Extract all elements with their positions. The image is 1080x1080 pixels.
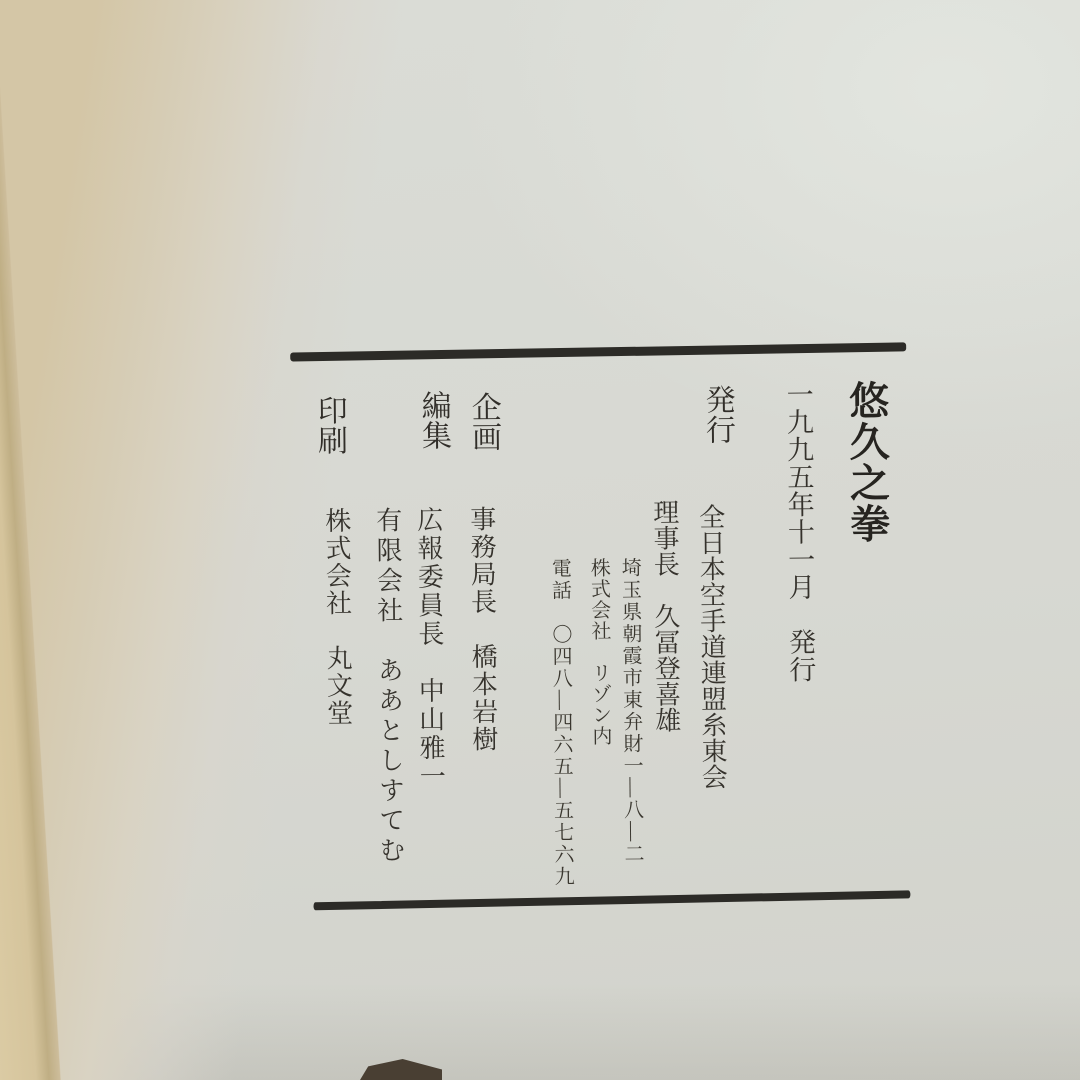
editing-person: 広報委員長 中山雅一 [415, 506, 444, 791]
editing-company: 有限会社 ああとしすてむ [374, 506, 403, 866]
planning-label: 企画 [468, 391, 499, 451]
publisher-label: 発行 [702, 384, 733, 444]
colophon-block: 悠久之拳 一九九五年十一月 発行 発行 全日本空手道連盟糸東会 理事長 久冨登喜… [0, 0, 1080, 1080]
publisher-address: 埼玉県朝霞市東弁財一―八―二 [619, 557, 642, 865]
publisher-representative: 理事長 久冨登喜雄 [651, 499, 679, 733]
publisher-name: 全日本空手道連盟糸東会 [697, 503, 726, 789]
book-title: 悠久之拳 [845, 380, 887, 544]
planning-person: 事務局長 橋本岩樹 [468, 505, 496, 753]
book-photo: 悠久之拳 一九九五年十一月 発行 発行 全日本空手道連盟糸東会 理事長 久冨登喜… [0, 0, 1080, 1080]
bottom-rule [313, 890, 910, 910]
top-rule [290, 342, 906, 361]
printing-company: 株式会社 丸文堂 [323, 507, 351, 727]
publisher-phone: 電話 〇四八―四六五―五七六九 [549, 558, 572, 888]
publisher-address-line2: 株式会社 リゾン内 [588, 557, 610, 746]
editing-label: 編集 [418, 390, 449, 450]
publication-date-line: 一九九五年十一月 発行 [783, 380, 813, 683]
printing-label: 印刷 [314, 395, 345, 455]
